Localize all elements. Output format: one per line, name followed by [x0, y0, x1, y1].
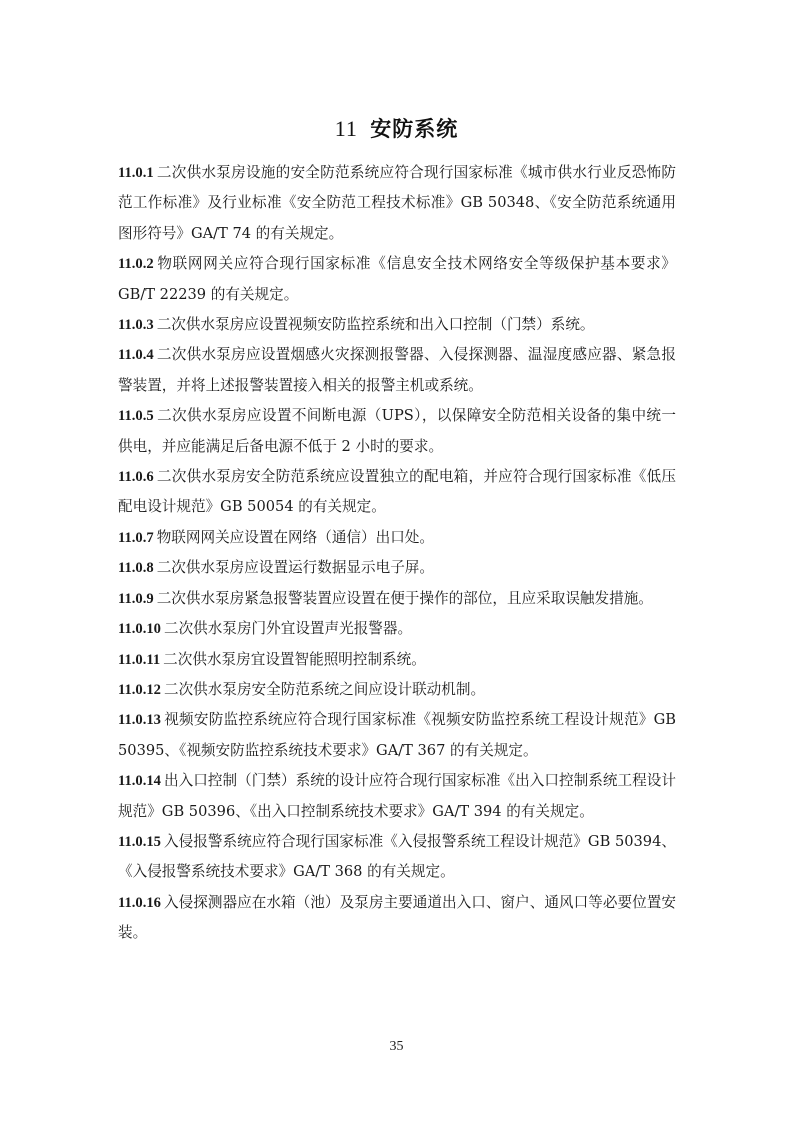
clause-number: 11.0.13 — [118, 712, 161, 728]
clause-number: 11.0.16 — [118, 895, 161, 911]
clause-11-0-9: 11.0.9二次供水泵房紧急报警装置应设置在便于操作的部位，且应采取误触发措施。 — [118, 584, 676, 614]
clause-11-0-13: 11.0.13视频安防监控系统应符合现行国家标准《视频安防监控系统工程设计规范》… — [118, 705, 676, 766]
clause-11-0-1: 11.0.1二次供水泵房设施的安全防范系统应符合现行国家标准《城市供水行业反恐怖… — [118, 158, 676, 249]
clause-number: 11.0.15 — [118, 834, 161, 850]
clause-text: 物联网网关应设置在网络（通信）出口处。 — [157, 529, 434, 546]
clause-list: 11.0.1二次供水泵房设施的安全防范系统应符合现行国家标准《城市供水行业反恐怖… — [118, 158, 676, 949]
clause-text: 二次供水泵房门外宜设置声光报警器。 — [164, 620, 412, 637]
clause-text: 二次供水泵房应设置运行数据显示电子屏。 — [157, 559, 434, 576]
clause-number: 11.0.12 — [118, 682, 161, 698]
clause-text: 二次供水泵房应设置不间断电源（UPS），以保障安全防范相关设备的集中统一供电，并… — [118, 407, 676, 454]
clause-number: 11.0.6 — [118, 469, 154, 485]
clause-11-0-6: 11.0.6二次供水泵房安全防范系统应设置独立的配电箱，并应符合现行国家标准《低… — [118, 462, 676, 523]
clause-text: 二次供水泵房应设置烟感火灾探测报警器、入侵探测器、温湿度感应器、紧急报警装置，并… — [118, 346, 676, 393]
clause-number: 11.0.2 — [118, 256, 154, 272]
clause-11-0-2: 11.0.2物联网网关应符合现行国家标准《信息安全技术网络安全等级保护基本要求》… — [118, 249, 676, 310]
clause-number: 11.0.5 — [118, 408, 154, 424]
clause-11-0-14: 11.0.14出入口控制（门禁）系统的设计应符合现行国家标准《出入口控制系统工程… — [118, 766, 676, 827]
chapter-title-text: 安防系统 — [370, 116, 458, 141]
chapter-number: 11 — [335, 116, 358, 141]
clause-text: 二次供水泵房设施的安全防范系统应符合现行国家标准《城市供水行业反恐怖防范工作标准… — [118, 164, 676, 242]
clause-text: 视频安防监控系统应符合现行国家标准《视频安防监控系统工程设计规范》GB 5039… — [118, 711, 676, 758]
clause-11-0-15: 11.0.15入侵报警系统应符合现行国家标准《入侵报警系统工程设计规范》GB 5… — [118, 827, 676, 888]
clause-11-0-8: 11.0.8二次供水泵房应设置运行数据显示电子屏。 — [118, 553, 676, 583]
clause-11-0-16: 11.0.16入侵探测器应在水箱（池）及泵房主要通道出入口、窗户、通风口等必要位… — [118, 888, 676, 949]
clause-11-0-5: 11.0.5二次供水泵房应设置不间断电源（UPS），以保障安全防范相关设备的集中… — [118, 401, 676, 462]
clause-text: 物联网网关应符合现行国家标准《信息安全技术网络安全等级保护基本要求》GB/T 2… — [118, 255, 676, 302]
clause-11-0-3: 11.0.3二次供水泵房应设置视频安防监控系统和出入口控制（门禁）系统。 — [118, 310, 676, 340]
clause-text: 二次供水泵房安全防范系统应设置独立的配电箱，并应符合现行国家标准《低压配电设计规… — [118, 468, 676, 515]
clause-11-0-10: 11.0.10二次供水泵房门外宜设置声光报警器。 — [118, 614, 676, 644]
clause-text: 入侵报警系统应符合现行国家标准《入侵报警系统工程设计规范》GB 50394、《入… — [118, 833, 676, 880]
document-page: 11 安防系统 11.0.1二次供水泵房设施的安全防范系统应符合现行国家标准《城… — [0, 0, 793, 1122]
clause-text: 二次供水泵房宜设置智能照明控制系统。 — [163, 651, 426, 668]
chapter-title: 11 安防系统 — [0, 113, 793, 143]
clause-text: 入侵探测器应在水箱（池）及泵房主要通道出入口、窗户、通风口等必要位置安装。 — [118, 894, 676, 941]
clause-number: 11.0.1 — [118, 165, 154, 181]
clause-11-0-7: 11.0.7物联网网关应设置在网络（通信）出口处。 — [118, 523, 676, 553]
clause-11-0-4: 11.0.4二次供水泵房应设置烟感火灾探测报警器、入侵探测器、温湿度感应器、紧急… — [118, 340, 676, 401]
clause-text: 二次供水泵房应设置视频安防监控系统和出入口控制（门禁）系统。 — [157, 316, 595, 333]
clause-number: 11.0.4 — [118, 347, 154, 363]
clause-number: 11.0.10 — [118, 621, 161, 637]
clause-text: 出入口控制（门禁）系统的设计应符合现行国家标准《出入口控制系统工程设计规范》GB… — [118, 772, 676, 819]
clause-11-0-11: 11.0.11二次供水泵房宜设置智能照明控制系统。 — [118, 645, 676, 675]
clause-text: 二次供水泵房紧急报警装置应设置在便于操作的部位，且应采取误触发措施。 — [157, 590, 653, 607]
page-number: 35 — [0, 1039, 793, 1055]
clause-number: 11.0.14 — [118, 773, 161, 789]
clause-text: 二次供水泵房安全防范系统之间应设计联动机制。 — [164, 681, 485, 698]
clause-number: 11.0.3 — [118, 317, 154, 333]
clause-number: 11.0.11 — [118, 652, 160, 668]
clause-number: 11.0.7 — [118, 530, 154, 546]
clause-number: 11.0.8 — [118, 560, 154, 576]
clause-11-0-12: 11.0.12二次供水泵房安全防范系统之间应设计联动机制。 — [118, 675, 676, 705]
clause-number: 11.0.9 — [118, 591, 154, 607]
